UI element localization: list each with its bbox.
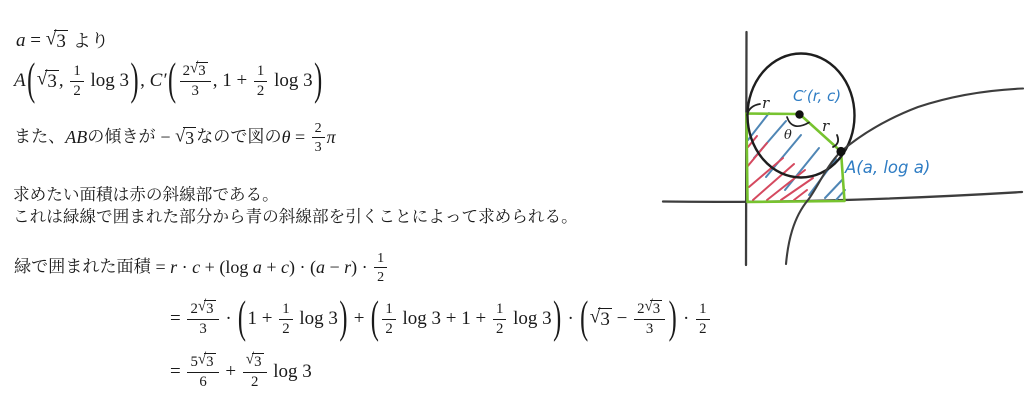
- point-a-dot: [836, 147, 845, 156]
- center-point-dot: [795, 110, 803, 118]
- note-page: a = √3 よりA(√3, 12 log 3), C′(2√33, 1 + 1…: [0, 0, 1024, 413]
- r-label-chord: r: [822, 117, 830, 135]
- diagram-svg: r r θ C′(r, c) A(a, log a): [0, 0, 1024, 413]
- c-point-label: C′(r, c): [793, 87, 841, 105]
- a-point-label: A(a, log a): [844, 158, 930, 177]
- r-label-top: r: [762, 94, 770, 112]
- theta-label: θ: [784, 128, 792, 143]
